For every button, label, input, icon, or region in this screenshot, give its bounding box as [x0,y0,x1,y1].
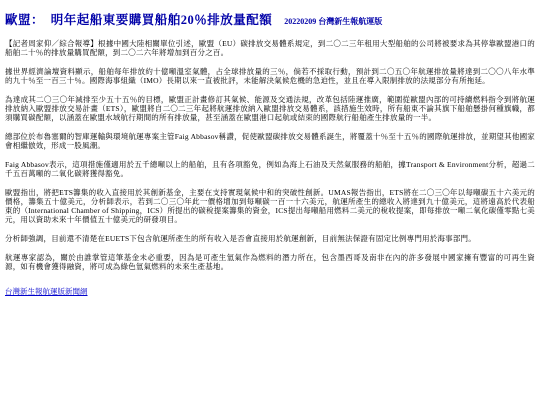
article-paragraph: 為達成其二〇三〇年減排至少五十五％的目標，歐盟正計畫修訂其氣候、能源及交通法規，… [5,95,535,123]
article-paragraph: Faig Abbasov表示，這項措施僅適用於五千總噸以上的船舶，且有各項豁免，… [5,160,535,178]
article-paragraph: 【記者周家仰／綜合報導】根據中國大陸相關單位引述，歐盟（EU）碳排放交易體系規定… [5,39,535,57]
article-paragraph: 分析師強調，目前還不清楚在EUETS下包含航運所產生的所有收入是否會直接用於航運… [5,234,535,243]
article-title-text: 歐盟： 明年起船東要購買船舶20％排放量配額 [5,13,272,27]
footer-link-container: 台灣新生報航運版新聞網 [5,281,535,299]
article-page: 歐盟： 明年起船東要購買船舶20％排放量配額 20220209 台灣新生報航運版… [0,0,540,299]
article-paragraph: 歐盟指出，將把ETS籌集的收入直接用於其創新基金，主要在支持實現氣候中和的突破性… [5,188,535,225]
article-date-source: 20220209 台灣新生報航運版 [284,17,382,26]
article-paragraph: 據世界經濟論壇資料顯示，船舶每年排放約十億噸溫室氣體，占全球排放量的三％，倘若不… [5,67,535,85]
article-paragraph: 航運專家認為，關於由誰掌管這筆基金未必重要，因為是可產生氫氣作為燃料的潛力所在，… [5,253,535,271]
article-paragraph: 總部位於布魯塞爾的智庫運輸與環境航運專案主管Faig Abbasov稱讚，促使歐… [5,132,535,150]
source-site-link[interactable]: 台灣新生報航運版新聞網 [5,287,88,296]
article-title: 歐盟： 明年起船東要購買船舶20％排放量配額 20220209 台灣新生報航運版 [5,6,535,29]
